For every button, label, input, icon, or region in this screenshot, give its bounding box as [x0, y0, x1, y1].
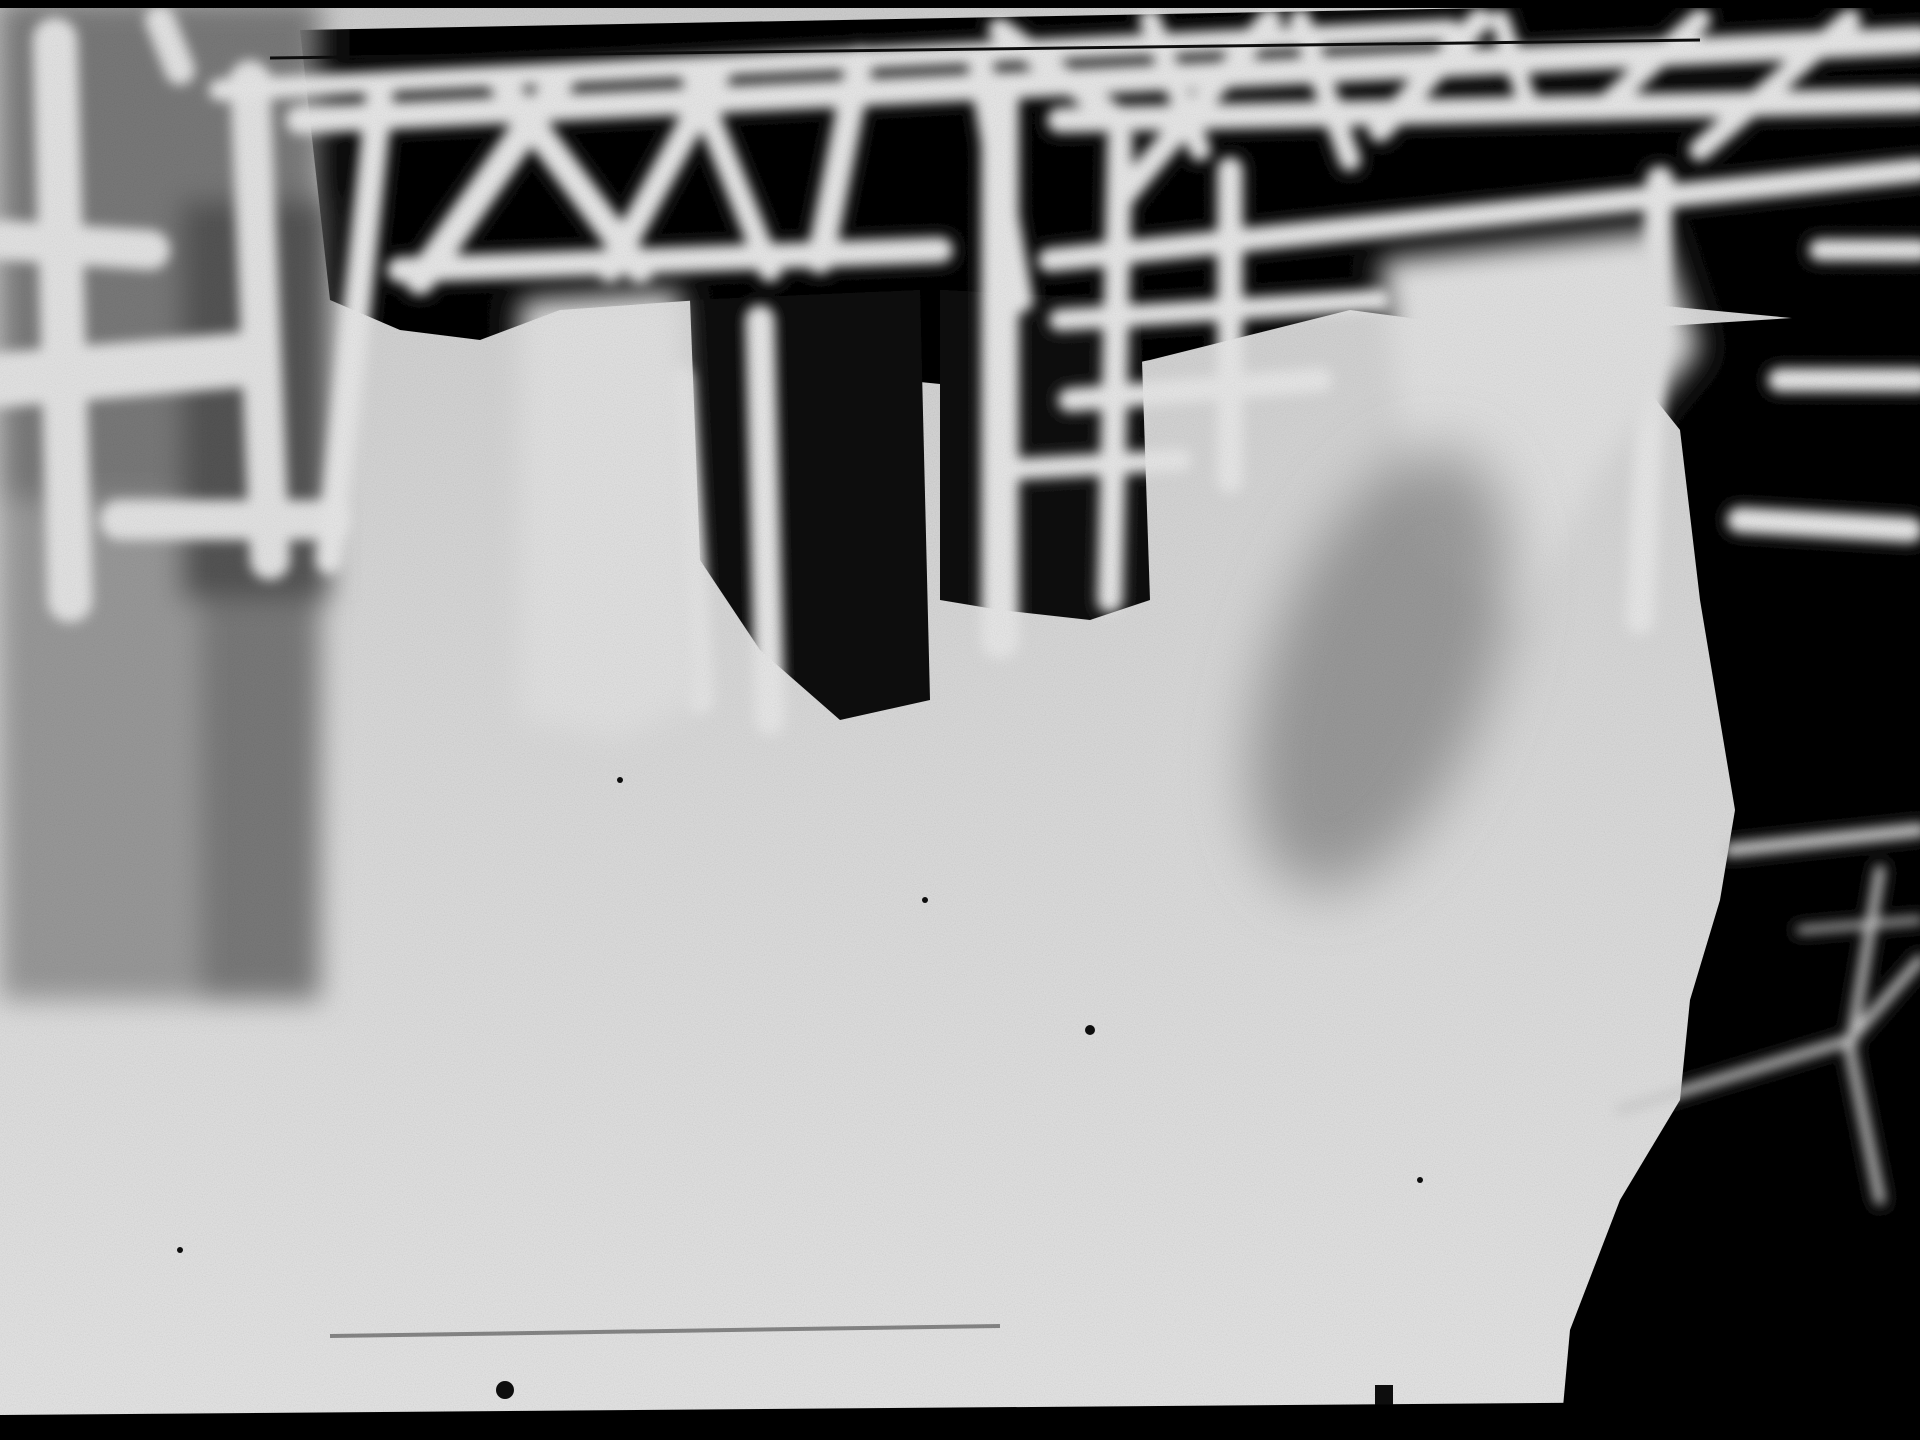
photo-canvas [0, 0, 1920, 1440]
film-still: High-contrast black-and-white film still… [0, 0, 1920, 1440]
